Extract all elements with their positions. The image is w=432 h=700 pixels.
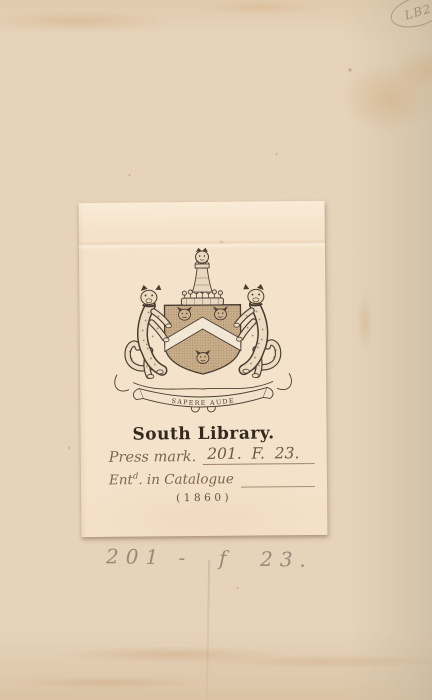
corner-pencil-mark: LB2 — [387, 0, 432, 33]
library-name: South Library. — [80, 423, 326, 445]
bookplate: SAPERE AUDE — [79, 201, 328, 537]
year-line: (1860) — [81, 491, 327, 505]
press-mark-value: 201. F. 23. — [203, 444, 305, 465]
crest-leopard-head — [192, 248, 212, 292]
press-mark-rule — [305, 449, 315, 465]
coat-of-arms: SAPERE AUDE — [102, 247, 303, 419]
catalogue-line: Entd. in Catalogue — [81, 469, 327, 489]
press-mark-label: Press mark. — [109, 449, 197, 466]
catalogue-rule — [241, 472, 315, 487]
corner-pencil-mark-text: LB2 — [403, 1, 432, 22]
press-mark-line: Press mark. 201. F. 23. — [81, 444, 327, 466]
book-endpaper-photo: LB2 — [0, 0, 432, 700]
shield — [164, 305, 241, 375]
page-crease — [206, 560, 210, 700]
motto-ribbon: SAPERE AUDE — [133, 387, 273, 407]
catalogue-label: Entd. in Catalogue — [109, 470, 234, 489]
